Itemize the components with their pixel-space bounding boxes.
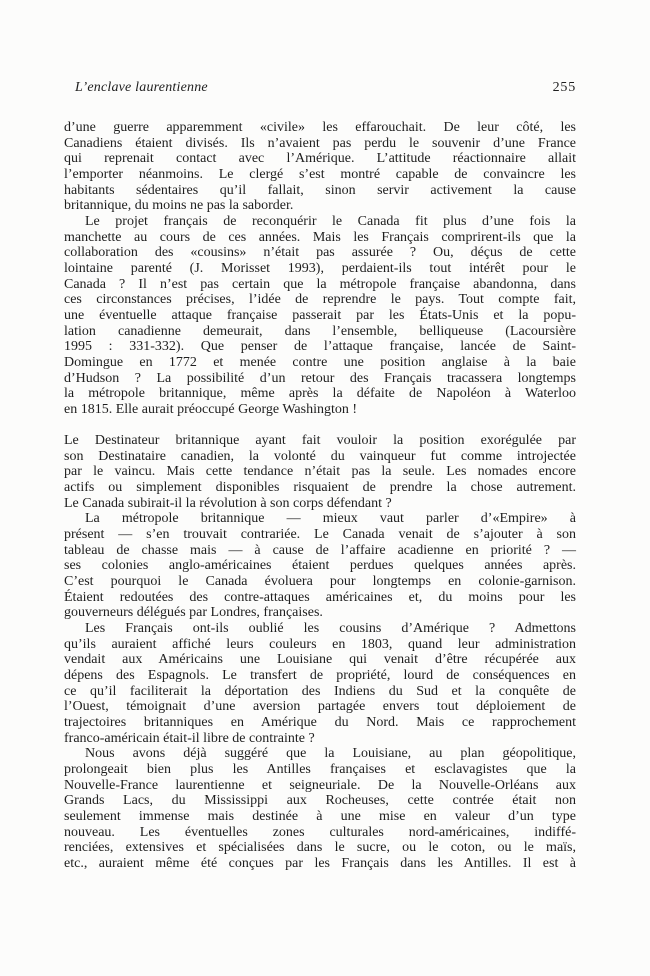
- book-page: L’enclave laurentienne 255 d’une guerre …: [0, 0, 650, 976]
- text-line: ce qu’il faciliterait la déportation des…: [64, 684, 576, 700]
- text-line: présent — s’en trouvait contrariée. Le C…: [64, 527, 576, 543]
- text-line: manchette au cours de ces années. Mais l…: [64, 230, 576, 246]
- text-line: C’est pourquoi le Canada évoluera pour l…: [64, 574, 576, 590]
- text-line: ces circonstances précises, l’idée de re…: [64, 292, 576, 308]
- text-line: nouveau. Les éventuelles zones culturale…: [64, 825, 576, 841]
- text-line: Nouvelle-France laurentienne et seigneur…: [64, 778, 576, 794]
- text-line: son Destinataire canadien, la volonté du…: [64, 449, 576, 465]
- text-line: d’une guerre apparemment «civile» les ef…: [64, 120, 576, 136]
- page-header: L’enclave laurentienne 255: [64, 80, 576, 96]
- text-line: Canadiens étaient divisés. Ils n’avaient…: [64, 136, 576, 152]
- text-line: actifs ou simplement disponibles risquai…: [64, 480, 576, 496]
- paragraph: Le projet français de reconquérir le Can…: [64, 214, 576, 418]
- paragraph: Le Destinateur britannique ayant fait vo…: [64, 433, 576, 511]
- text-line: Le Destinateur britannique ayant fait vo…: [64, 433, 576, 449]
- text-line: 1995 : 331-332). Que penser de l’attaque…: [64, 339, 576, 355]
- text-line: dépens des Espagnols. Le transfert de pr…: [64, 668, 576, 684]
- text-line: renciées, extensives et spécialisées dan…: [64, 840, 576, 856]
- text-line: qu’ils auraient affiché leurs couleurs e…: [64, 637, 576, 653]
- text-line: l’Ouest, témoignait d’une aversion parta…: [64, 699, 576, 715]
- text-line: Nous avons déjà suggéré que la Louisiane…: [64, 746, 576, 762]
- paragraph: La métropole britannique — mieux vaut pa…: [64, 511, 576, 621]
- text-line: par le vaincu. Mais cette tendance n’éta…: [64, 464, 576, 480]
- page-number: 255: [553, 80, 576, 96]
- text-line: tableau de chasse mais — à cause de l’af…: [64, 543, 576, 559]
- text-line: gouverneurs délégués par Londres, frança…: [64, 605, 576, 621]
- text-line: la métropole britannique, même après la …: [64, 386, 576, 402]
- text-line: une éventuelle attaque française passera…: [64, 308, 576, 324]
- text-line: prolongeait bien plus les Antilles franç…: [64, 762, 576, 778]
- text-line: Domingue en 1772 et menée contre une pos…: [64, 355, 576, 371]
- paragraph: Les Français ont-ils oublié les cousins …: [64, 621, 576, 746]
- text-line: La métropole britannique — mieux vaut pa…: [64, 511, 576, 527]
- text-line: franco-américain était-il libre de contr…: [64, 731, 576, 747]
- text-line: habitants sédentaires qu’il fallait, sin…: [64, 183, 576, 199]
- text-line: Canada ? Il n’est pas certain que la mét…: [64, 277, 576, 293]
- text-body: d’une guerre apparemment «civile» les ef…: [64, 120, 576, 871]
- text-line: Le Canada subirait-il la révolution à so…: [64, 496, 576, 512]
- text-line: l’emporter néanmoins. Le clergé s’est mo…: [64, 167, 576, 183]
- text-line: trajectoires britanniques en Amérique du…: [64, 715, 576, 731]
- running-title: L’enclave laurentienne: [64, 80, 208, 96]
- text-line: lointaine parenté (J. Morisset 1993), pe…: [64, 261, 576, 277]
- text-line: collaboration des «cousins» n’était pas …: [64, 245, 576, 261]
- text-line: qui reprenait contact avec l’Amérique. L…: [64, 151, 576, 167]
- text-line: vendait aux Américains une Louisiane qui…: [64, 652, 576, 668]
- text-line: lation canadienne demeurait, dans l’ense…: [64, 324, 576, 340]
- text-line: Étaient redoutées des contre-attaques am…: [64, 590, 576, 606]
- text-line: seulement immense mais destinée à une mi…: [64, 809, 576, 825]
- text-line: ses colonies anglo-américaines étaient p…: [64, 558, 576, 574]
- text-line: Grands Lacs, du Mississippi aux Rocheuse…: [64, 793, 576, 809]
- paragraph: Nous avons déjà suggéré que la Louisiane…: [64, 746, 576, 871]
- text-line: britannique, du moins ne pas la saborder…: [64, 198, 576, 214]
- text-line: d’Hudson ? La possibilité d’un retour de…: [64, 371, 576, 387]
- text-line: en 1815. Elle aurait préoccupé George Wa…: [64, 402, 576, 418]
- text-line: etc., auraient même été conçues par les …: [64, 856, 576, 872]
- text-line: Le projet français de reconquérir le Can…: [64, 214, 576, 230]
- paragraph: d’une guerre apparemment «civile» les ef…: [64, 120, 576, 214]
- text-line: Les Français ont-ils oublié les cousins …: [64, 621, 576, 637]
